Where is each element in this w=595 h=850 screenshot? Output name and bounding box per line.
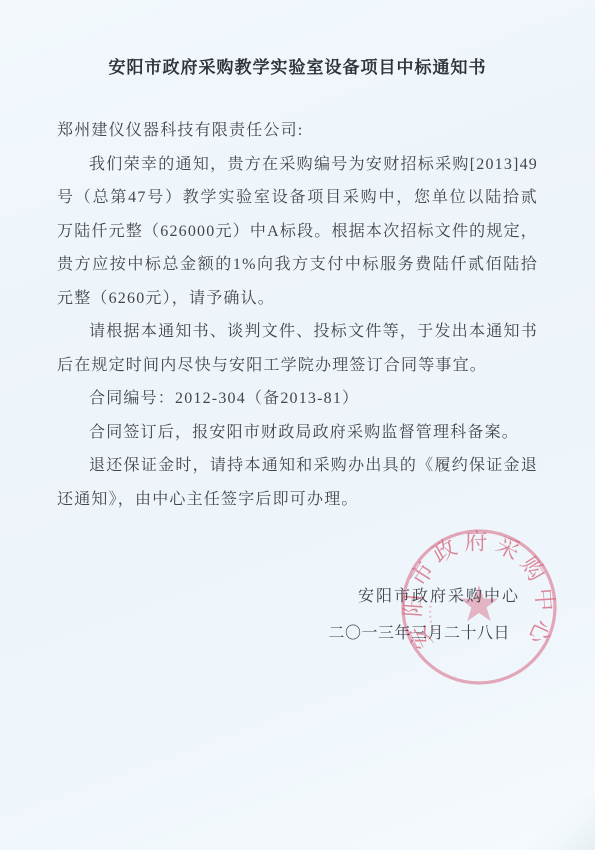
paragraph-award: 我们荣幸的通知，贵方在采购编号为安财招标采购[2013]49号（总第47号）教学…: [57, 148, 538, 316]
document-body: 郑州建仪仪器科技有限责任公司: 我们荣幸的通知，贵方在采购编号为安财招标采购[2…: [57, 114, 538, 516]
paragraph-record-filing: 合同签订后，报安阳市财政局政府采购监督管理科备案。: [57, 416, 538, 450]
paragraph-deposit-return: 退还保证金时，请持本通知和采购办出具的《履约保证金退还通知》，由中心主任签字后即…: [57, 449, 538, 516]
document-title: 安阳市政府采购教学实验室设备项目中标通知书: [57, 55, 538, 81]
paragraph-contract-number: 合同编号：2012-304（备2013-81）: [57, 382, 538, 416]
document-content: 安阳市政府采购教学实验室设备项目中标通知书 郑州建仪仪器科技有限责任公司: 我们…: [57, 55, 538, 652]
scanned-notice-page: 安阳市政府采购教学实验室设备项目中标通知书 郑州建仪仪器科技有限责任公司: 我们…: [0, 0, 595, 850]
page-curl: [521, 798, 595, 850]
signature-date: 二〇一三年三月二十八日: [57, 615, 538, 652]
addressee-line: 郑州建仪仪器科技有限责任公司:: [57, 114, 538, 148]
signature-organization: 安阳市政府采购中心: [57, 578, 538, 615]
signature-block: 安阳市政府采购中心 二〇一三年三月二十八日: [57, 578, 538, 652]
paragraph-contract-signing: 请根据本通知书、谈判文件、投标文件等，于发出本通知书后在规定时间内尽快与安阳工学…: [57, 315, 538, 382]
